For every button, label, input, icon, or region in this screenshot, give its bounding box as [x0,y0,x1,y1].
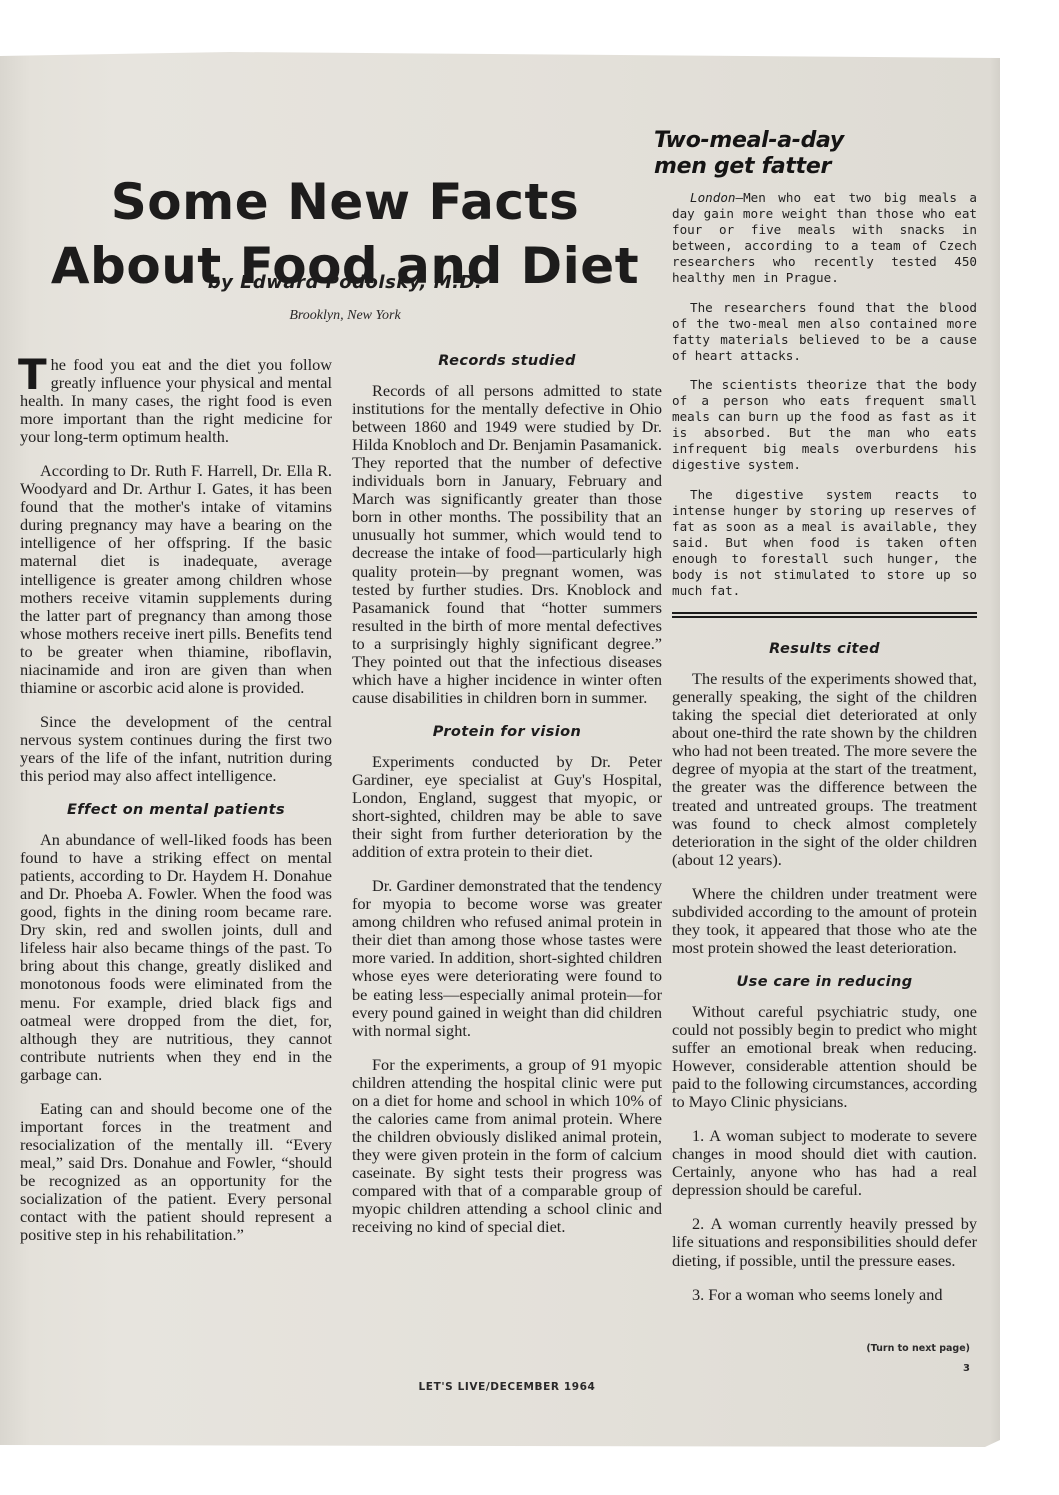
intro-paragraph: The food you eat and the diet you follow… [20,356,332,446]
paragraph: The results of the experiments showed th… [672,670,977,869]
headline-line-1: Some New Facts [40,170,650,234]
sidebar-title: Two-meal-a-day men get fatter [654,128,977,180]
publication-footer: LET'S LIVE/DECEMBER 1964 [352,1381,662,1393]
list-item: 1. A woman subject to moderate to severe… [672,1127,977,1199]
paragraph: According to Dr. Ruth F. Harrell, Dr. El… [20,462,332,697]
paragraph: Records of all persons admitted to state… [352,382,662,707]
subheading-use-care-in-reducing: Use care in reducing [672,973,977,991]
subheading-protein-for-vision: Protein for vision [352,723,662,741]
dateline: London [690,190,736,205]
paragraph: Without careful psychiatric study, one c… [672,1003,977,1111]
paragraph: An abundance of well-liked foods has bee… [20,831,332,1084]
sidebar-paragraph: London—Men who eat two big meals a day g… [672,190,977,287]
subheading-records-studied: Records studied [352,352,662,370]
sidebar-paragraph: The digestive system reacts to intense h… [672,487,977,600]
subheading-results-cited: Results cited [672,640,977,658]
subheading-mental-patients: Effect on mental patients [20,801,332,819]
sidebar-paragraph: The researchers found that the blood of … [672,300,977,364]
column-2: Records studied Records of all persons a… [352,352,662,1252]
sidebar-body: London—Men who eat two big meals a day g… [672,190,977,599]
continued-notice: (Turn to next page) [760,1343,970,1354]
sidebar-paragraph: The scientists theorize that the body of… [672,377,977,474]
drop-cap: T [18,358,47,392]
page-number: 3 [940,1363,970,1374]
paragraph: Since the development of the central ner… [20,713,332,785]
byline: by Edward Podolsky, M.D. [40,272,650,293]
list-item: 2. A woman currently heavily pressed by … [672,1215,977,1269]
sidebar-article: Two-meal-a-day men get fatter London—Men… [672,128,977,618]
column-3: Two-meal-a-day men get fatter London—Men… [672,128,977,1320]
paragraph: For the experiments, a group of 91 myopi… [352,1056,662,1236]
list-item: 3. For a woman who seems lonely and [672,1286,977,1304]
author-location: Brooklyn, New York [40,308,650,324]
paragraph: Eating can and should become one of the … [20,1100,332,1244]
double-rule-divider [672,612,977,618]
magazine-page: Some New Facts About Food and Diet by Ed… [0,52,1000,1447]
paragraph: Where the children under treatment were … [672,885,977,957]
paragraph: Experiments conducted by Dr. Peter Gardi… [352,753,662,861]
column-1: The food you eat and the diet you follow… [20,356,332,1260]
paragraph: Dr. Gardiner demonstrated that the tende… [352,877,662,1039]
